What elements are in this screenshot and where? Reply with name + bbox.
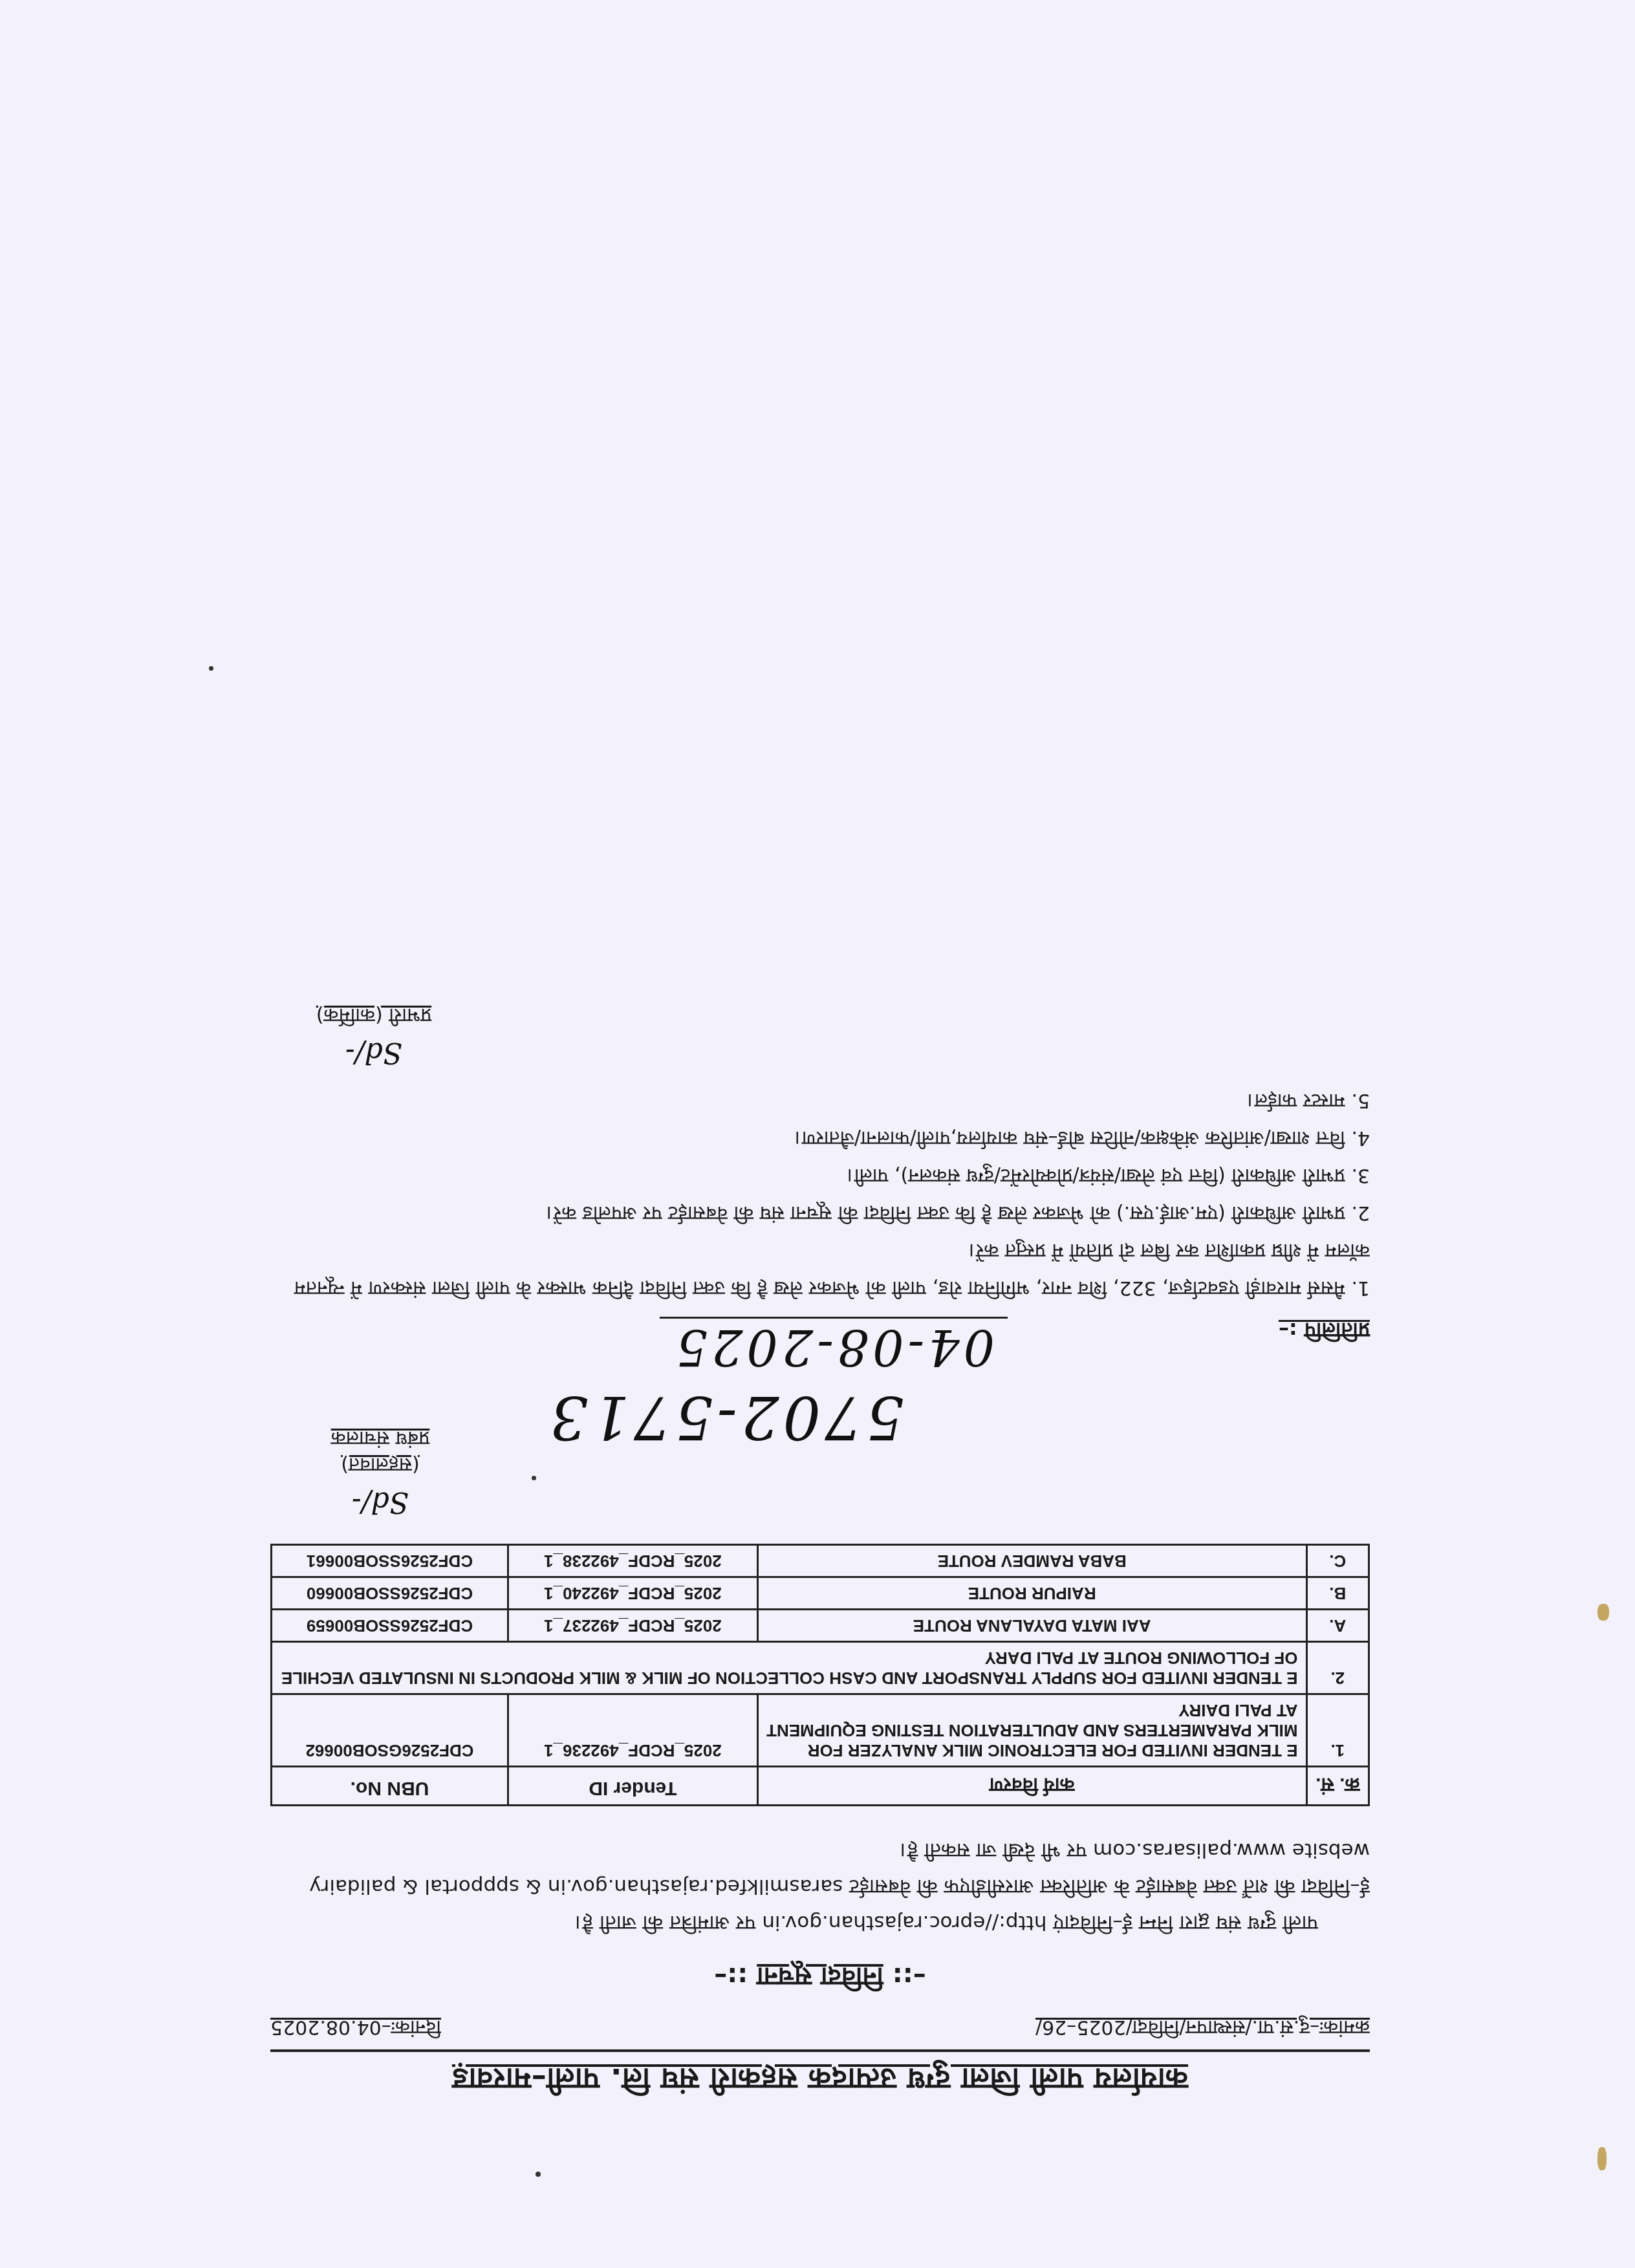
reference-number: क्रमांकः–दु.सं.पा./संस्थापन/निविदा/2025–… — [1035, 2015, 1370, 2042]
table-row: C. BABA RAMDEV ROUTE 2025_RCDF_492238_1 … — [272, 1545, 1369, 1577]
signatory-name: (सहलावत) — [270, 1453, 490, 1479]
final-signature: Sd/- — [270, 1030, 477, 1075]
copy-to-label: प्रतिलिपि :– — [1008, 1317, 1370, 1345]
final-signatory-block: Sd/- प्रभारी (कार्मिक) — [270, 1003, 477, 1075]
list-item: 5. मास्टर फाईल। — [270, 1081, 1370, 1119]
table-header-row: क्र. सं. कार्य विवरण Tender ID UBN No. — [272, 1767, 1369, 1806]
list-item: 2. प्रभारी अधिकारी (एम.आई.एस.) को भेजकर … — [270, 1194, 1370, 1231]
header-sn: क्र. सं. — [1306, 1767, 1369, 1806]
notice-heading-text: निविदा सूचना — [757, 1961, 883, 1991]
header-tender-id: Tender ID — [508, 1767, 757, 1806]
notice-date: दिनांकः–04.08.2025 — [270, 2015, 441, 2042]
header-work: कार्य विवरण — [757, 1767, 1306, 1806]
scan-speck — [532, 1476, 536, 1480]
office-title: कार्यालय पाली जिला दुग्ध उत्पादक सहकारी … — [270, 2060, 1370, 2100]
scan-stain — [1597, 1604, 1609, 1621]
notice-paragraph-2: ई–निविदा की शर्तें उक्त वेबसाईट के अतिरि… — [270, 1832, 1370, 1905]
table-row: A. AAI MATA DAYALANA ROUTE 2025_RCDF_492… — [272, 1610, 1369, 1642]
scan-speck — [209, 666, 213, 671]
signature: Sd/- — [270, 1479, 490, 1524]
reference-row: क्रमांकः–दु.सं.पा./संस्थापन/निविदा/2025–… — [270, 2015, 1370, 2052]
scanned-page: कार्यालय पाली जिला दुग्ध उत्पादक सहकारी … — [0, 0, 1635, 2268]
copy-row: प्रतिलिपि :– 04-08-2025 — [270, 1317, 1370, 1376]
copy-list: 1. मैसर्स मारवाड़ी एडवर्टाइज, 322, शिव न… — [270, 1081, 1370, 1306]
table-row: 2. E TENDER INVITED FOR SUPPLY TRANSPORT… — [272, 1642, 1369, 1694]
scan-speck — [536, 2172, 541, 2177]
notice-heading: –:: निविदा सूचना ::– — [270, 1960, 1370, 1996]
list-item: 1. मैसर्स मारवाड़ी एडवर्टाइज, 322, शिव न… — [270, 1231, 1370, 1306]
document-body: कार्यालय पाली जिला दुग्ध उत्पादक सहकारी … — [270, 1003, 1370, 2100]
handwritten-dispatch-date: 04-08-2025 — [660, 1317, 1008, 1376]
final-designation: प्रभारी (कार्मिक) — [316, 1004, 431, 1026]
tender-table: क्र. सं. कार्य विवरण Tender ID UBN No. 1… — [270, 1544, 1370, 1806]
list-item: 3. प्रभारी अधिकारी (वित्त एवं लेखा/संयंत… — [270, 1156, 1370, 1194]
notice-paragraph-1: पाली दुग्ध संघ द्वारा निम्न ई–निविदाएं h… — [270, 1905, 1370, 1941]
table-row: 1. E TENDER INVITED FOR ELECTRONIC MILK … — [272, 1694, 1369, 1767]
list-item: 4. वित्त शाखा/आंतरिक अंकेक्षक/नोटिस बोर्… — [270, 1119, 1370, 1156]
table-row: B. RAIPUR ROUTE 2025_RCDF_492240_1 CDF25… — [272, 1577, 1369, 1610]
scan-stain — [1597, 2147, 1607, 2170]
header-ubn: UBN No. — [272, 1767, 508, 1806]
